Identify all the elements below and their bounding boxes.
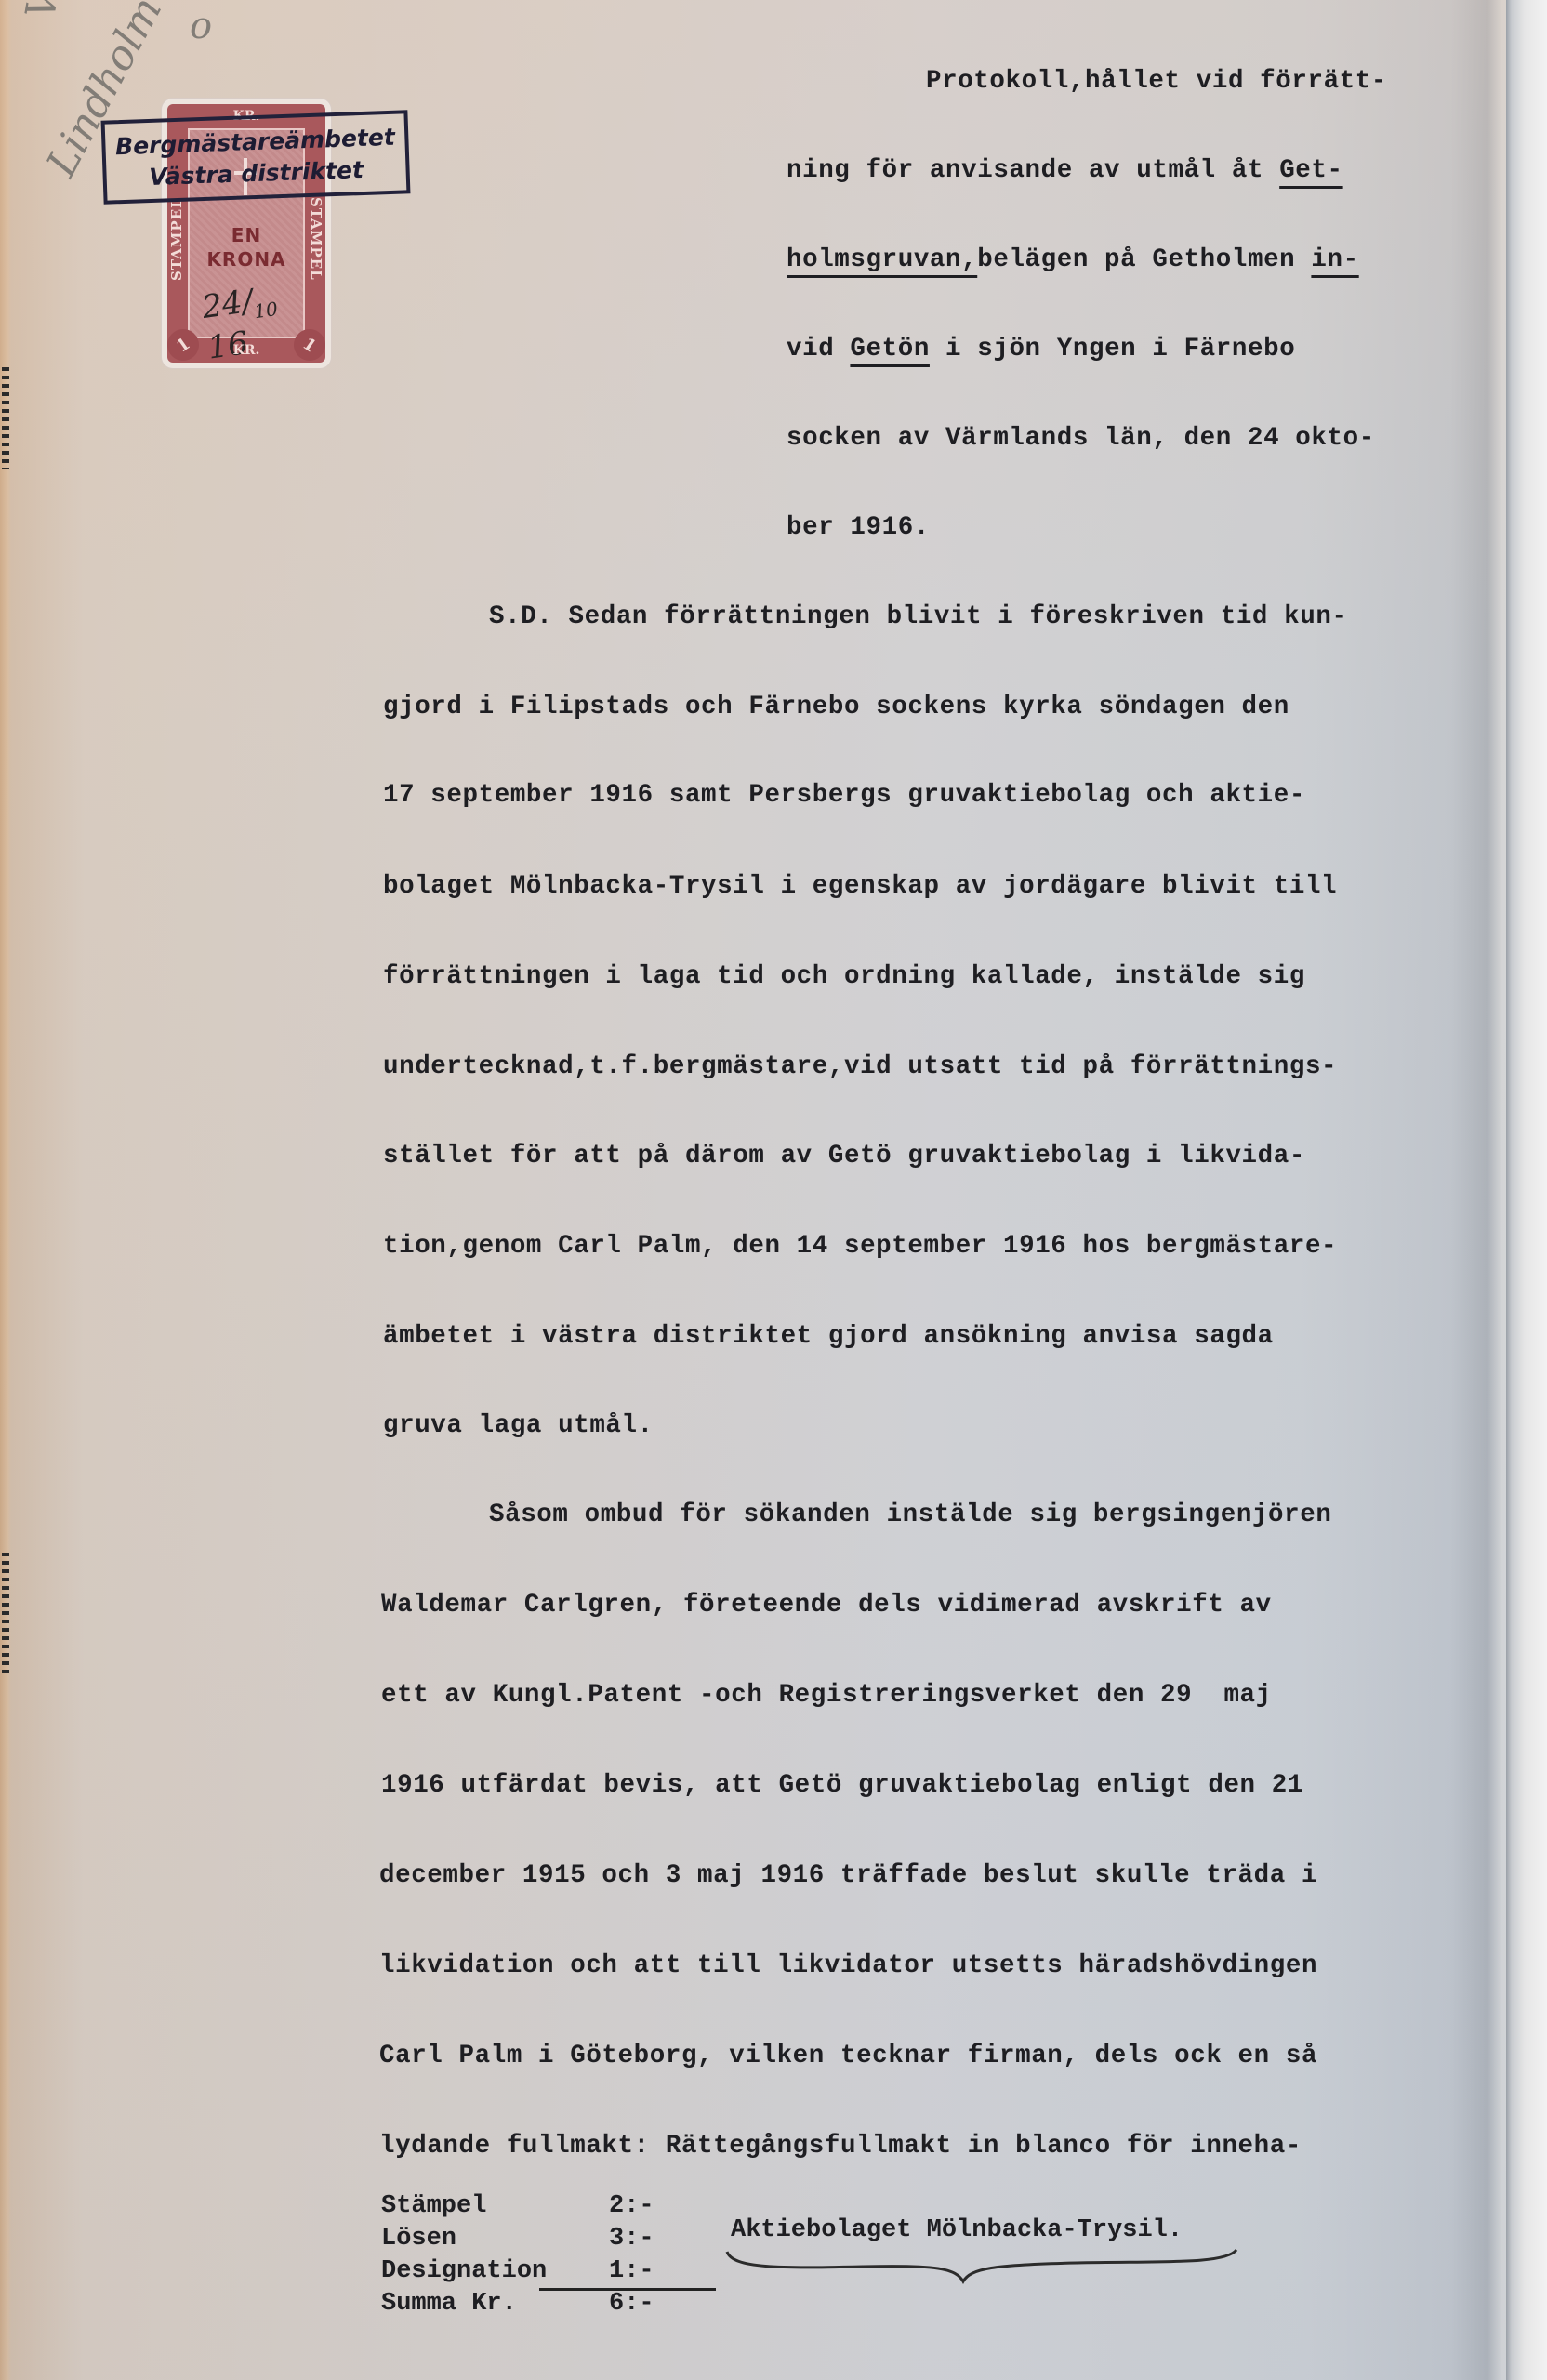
- heading-line-1: Protokoll,hållet vid förrätt-: [926, 67, 1387, 96]
- paragraph-1-line-8: tion,genom Carl Palm, den 14 september 1…: [383, 1232, 1337, 1261]
- paragraph-1-line-10: gruva laga utmål.: [383, 1411, 654, 1440]
- fee-label: Lösen: [381, 2223, 609, 2255]
- heading-line-4-post: i sjön Yngen i Färnebo: [930, 335, 1295, 364]
- binding-stitches-bottom: [2, 1553, 9, 1673]
- fee-label: Stämpel: [381, 2190, 609, 2223]
- paragraph-2-line-7: Carl Palm i Göteborg, vilken tecknar fir…: [379, 2042, 1317, 2070]
- binding-stitches-top: [2, 367, 9, 469]
- pencil-note-line-3: o: [190, 7, 212, 45]
- fees-table: Stämpel 2:- Lösen 3:- Designation 1:- Su…: [381, 2190, 683, 2320]
- company-signature: Aktiebolaget Mölnbacka-Trysil.: [731, 2216, 1183, 2244]
- heading-line-3: holmsgruvan,belägen på Getholmen in-: [787, 245, 1359, 274]
- page-edge: [1506, 0, 1547, 2380]
- heading-line-5: socken av Värmlands län, den 24 okto-: [787, 424, 1375, 453]
- paragraph-1-line-6: undertecknad,t.f.bergmästare,vid utsatt …: [383, 1052, 1337, 1081]
- fee-row: Designation 1:-: [381, 2255, 683, 2288]
- paragraph-1-line-4: bolaget Mölnbacka-Trysil i egenskap av j…: [383, 872, 1337, 901]
- heading-line-2: ning för anvisande av utmål åt Get-: [787, 156, 1343, 185]
- stamp-bottom-label: KR.: [167, 343, 325, 358]
- paragraph-2-line-4: 1916 utfärdat bevis, att Getö gruvaktieb…: [381, 1771, 1303, 1800]
- paragraph-1-line-7: stället för att på därom av Getö gruvakt…: [383, 1142, 1305, 1170]
- fee-total-label: Summa Kr.: [381, 2288, 609, 2320]
- cancel-day: 24/: [200, 283, 256, 326]
- stamp-value-line-2: KRONA: [167, 247, 325, 271]
- sum-divider: [539, 2288, 716, 2291]
- heading-underlined-in: in-: [1311, 245, 1358, 274]
- cancel-month: 10: [253, 297, 280, 323]
- heading-line-4: vid Getön i sjön Yngen i Färnebo: [787, 335, 1295, 364]
- pencil-note-line-1: Vstg: [20, 0, 77, 22]
- heading-underlined-geton: Getön: [850, 335, 930, 364]
- fee-row: Lösen 3:-: [381, 2223, 683, 2255]
- paragraph-2-line-1: Såsom ombud för sökanden instälde sig be…: [489, 1501, 1331, 1529]
- office-ink-stamp: Bergmästareämbetet Västra distriktet: [101, 110, 411, 204]
- curly-brace-icon: [723, 2248, 1244, 2285]
- heading-line-6: ber 1916.: [787, 513, 930, 542]
- paragraph-2-line-8: lydande fullmakt: Rättegångsfullmakt in …: [379, 2132, 1302, 2161]
- fee-value: 3:-: [609, 2223, 683, 2255]
- paragraph-1-line-1: S.D. Sedan förrättningen blivit i föresk…: [489, 602, 1348, 631]
- fee-value: 2:-: [609, 2190, 683, 2223]
- paragraph-2-line-3: ett av Kungl.Patent -och Registreringsve…: [381, 1681, 1272, 1710]
- fee-value: 1:-: [609, 2255, 683, 2288]
- heading-underlined-get: Get-: [1279, 156, 1342, 185]
- fee-total-value: 6:-: [609, 2288, 683, 2320]
- paragraph-2-line-5: december 1915 och 3 maj 1916 träffade be…: [379, 1861, 1317, 1890]
- heading-line-3-text: belägen på Getholmen: [977, 245, 1311, 274]
- stamp-value-line-1: EN: [167, 223, 325, 247]
- paragraph-1-line-5: förrättningen i laga tid och ordning kal…: [383, 962, 1305, 991]
- heading-line-2-text: ning för anvisande av utmål åt: [787, 156, 1279, 185]
- heading-line-4-pre: vid: [787, 335, 850, 364]
- paragraph-1-line-9: ämbetet i västra distriktet gjord ansökn…: [383, 1322, 1274, 1351]
- heading-underlined-holmsgruvan: holmsgruvan,: [787, 245, 977, 274]
- fee-label: Designation: [381, 2255, 609, 2288]
- paragraph-1-line-3: 17 september 1916 samt Persbergs gruvakt…: [383, 781, 1305, 810]
- stamp-value: EN KRONA: [167, 223, 325, 271]
- paragraph-2-line-6: likvidation och att till likvidator utse…: [379, 1951, 1317, 1980]
- fee-total-row: Summa Kr. 6:-: [381, 2288, 683, 2320]
- paragraph-1-line-2: gjord i Filipstads och Färnebo sockens k…: [383, 693, 1289, 721]
- paragraph-2-line-2: Waldemar Carlgren, företeende dels vidim…: [381, 1591, 1272, 1620]
- fee-row: Stämpel 2:-: [381, 2190, 683, 2223]
